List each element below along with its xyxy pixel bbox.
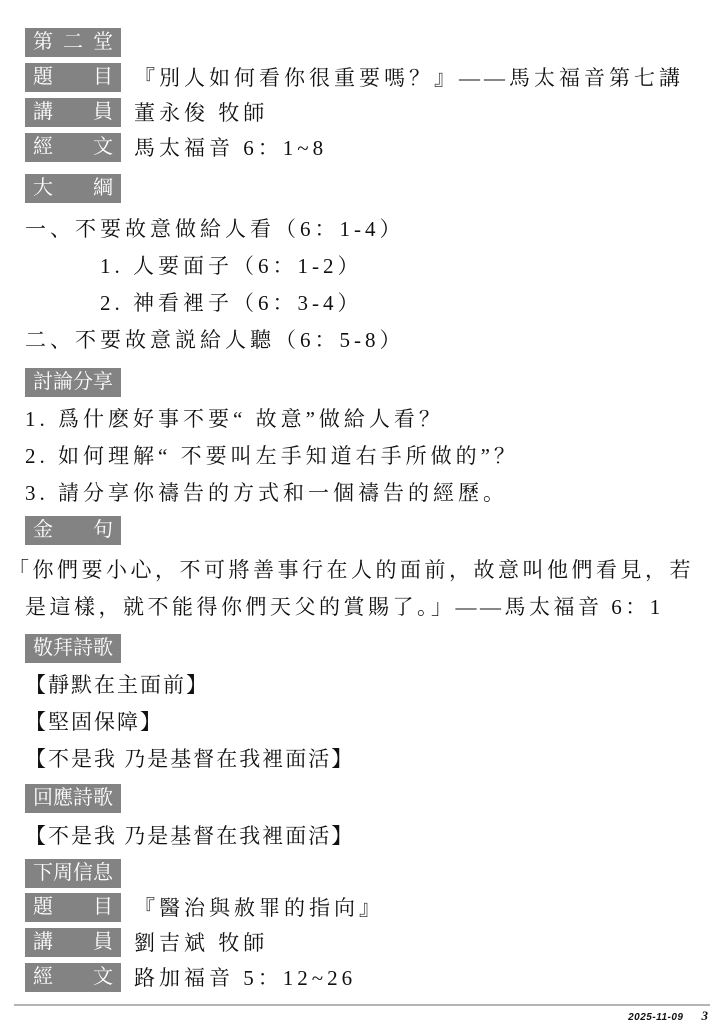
next-week-rows: 題目 『醫治與赦罪的指向』 講員 劉吉斌 牧師 經文 路加福音 5：12~26	[25, 892, 712, 992]
label-text: 敬拜詩歌	[33, 634, 113, 663]
label-char: 綱	[93, 174, 113, 203]
worship-songs-list: 【靜默在主面前】 【堅固保障】 【不是我 乃是基督在我裡面活】	[25, 667, 712, 778]
golden-verse-section-label: 金句	[25, 516, 121, 545]
label-char: 講	[33, 98, 53, 127]
label-char: 句	[93, 516, 113, 545]
outline-item: 二、不要故意説給人聽（6：5-8）	[25, 322, 712, 359]
label-text: 下周信息	[33, 859, 113, 888]
label-text: 討論分享	[33, 368, 113, 397]
next-week-scripture-value: 路加福音 5：12~26	[134, 962, 356, 992]
next-week-speaker-row: 講員 劉吉斌 牧師	[25, 927, 712, 957]
outline-section-label: 大綱	[25, 174, 121, 203]
session-title-value: 『別人如何看你很重要嗎？』——馬太福音第七講	[134, 62, 684, 92]
response-songs-section-label: 回應詩歌	[25, 784, 121, 813]
label-char: 員	[93, 98, 113, 127]
discussion-item: 1. 爲什麽好事不要“ 故意”做給人看？	[25, 401, 712, 438]
bulletin-page: 第二堂 題目 『別人如何看你很重要嗎？』——馬太福音第七講 講員 董永俊 牧師 …	[0, 0, 724, 1024]
next-week-title-row: 題目 『醫治與赦罪的指向』	[25, 892, 712, 922]
next-week-title-value: 『醫治與赦罪的指向』	[134, 892, 384, 922]
label-char: 金	[33, 516, 53, 545]
label-char: 文	[93, 133, 113, 162]
golden-verse-text: 「你們要小心，不可將善事行在人的面前，故意叫他們看見，若是這樣，就不能得你們天父…	[25, 552, 712, 626]
response-songs-list: 【不是我 乃是基督在我裡面活】	[25, 818, 712, 855]
session-section-row: 第二堂	[25, 28, 712, 57]
label-char: 第	[33, 28, 53, 57]
song-item: 【堅固保障】	[25, 704, 712, 741]
song-item: 【不是我 乃是基督在我裡面活】	[25, 818, 712, 855]
footer-page-number: 3	[702, 1008, 709, 1024]
session-speaker-row: 講員 董永俊 牧師	[25, 97, 712, 127]
speaker-field-label: 講員	[25, 98, 121, 127]
label-char: 經	[33, 963, 53, 992]
label-char: 堂	[93, 28, 113, 57]
next-week-section-label: 下周信息	[25, 859, 121, 888]
scripture-field-label: 經文	[25, 133, 121, 162]
discussion-list: 1. 爲什麽好事不要“ 故意”做給人看？ 2. 如何理解“ 不要叫左手知道右手所…	[25, 401, 712, 512]
song-item: 【靜默在主面前】	[25, 667, 712, 704]
discussion-item: 2. 如何理解“ 不要叫左手知道右手所做的”？	[25, 438, 712, 475]
label-char: 經	[33, 133, 53, 162]
speaker-field-label: 講員	[25, 928, 121, 957]
footer: 2025-11-09 3	[628, 1008, 708, 1024]
bulletin-content: 第二堂 題目 『別人如何看你很重要嗎？』——馬太福音第七講 講員 董永俊 牧師 …	[25, 28, 712, 997]
session-scripture-value: 馬太福音 6：1~8	[134, 132, 327, 162]
title-field-label: 題目	[25, 63, 121, 92]
session-scripture-row: 經文 馬太福音 6：1~8	[25, 132, 712, 162]
label-char: 文	[93, 963, 113, 992]
next-week-scripture-row: 經文 路加福音 5：12~26	[25, 962, 712, 992]
session-title-row: 題目 『別人如何看你很重要嗎？』——馬太福音第七講	[25, 62, 712, 92]
label-text: 回應詩歌	[33, 784, 113, 813]
label-char: 講	[33, 928, 53, 957]
footer-divider	[14, 1004, 710, 1006]
outline-item: 1. 人要面子（6：1-2）	[100, 248, 712, 285]
song-item: 【不是我 乃是基督在我裡面活】	[25, 741, 712, 778]
discussion-section-label: 討論分享	[25, 368, 121, 397]
session-section-label: 第二堂	[25, 28, 121, 57]
session-speaker-value: 董永俊 牧師	[134, 97, 268, 127]
label-char: 大	[33, 174, 53, 203]
footer-date: 2025-11-09	[628, 1012, 683, 1023]
label-char: 目	[93, 63, 113, 92]
label-char: 題	[33, 63, 53, 92]
title-field-label: 題目	[25, 893, 121, 922]
scripture-field-label: 經文	[25, 963, 121, 992]
label-char: 員	[93, 928, 113, 957]
next-week-speaker-value: 劉吉斌 牧師	[134, 927, 268, 957]
label-char: 題	[33, 893, 53, 922]
label-char: 二	[63, 28, 83, 57]
discussion-item: 3. 請分享你禱告的方式和一個禱告的經歷。	[25, 475, 712, 512]
label-char: 目	[93, 893, 113, 922]
outline-list: 一、不要故意做給人看（6：1-4） 1. 人要面子（6：1-2） 2. 神看裡子…	[25, 211, 712, 359]
worship-songs-section-label: 敬拜詩歌	[25, 634, 121, 663]
outline-item: 一、不要故意做給人看（6：1-4）	[25, 211, 712, 248]
outline-item: 2. 神看裡子（6：3-4）	[100, 285, 712, 322]
